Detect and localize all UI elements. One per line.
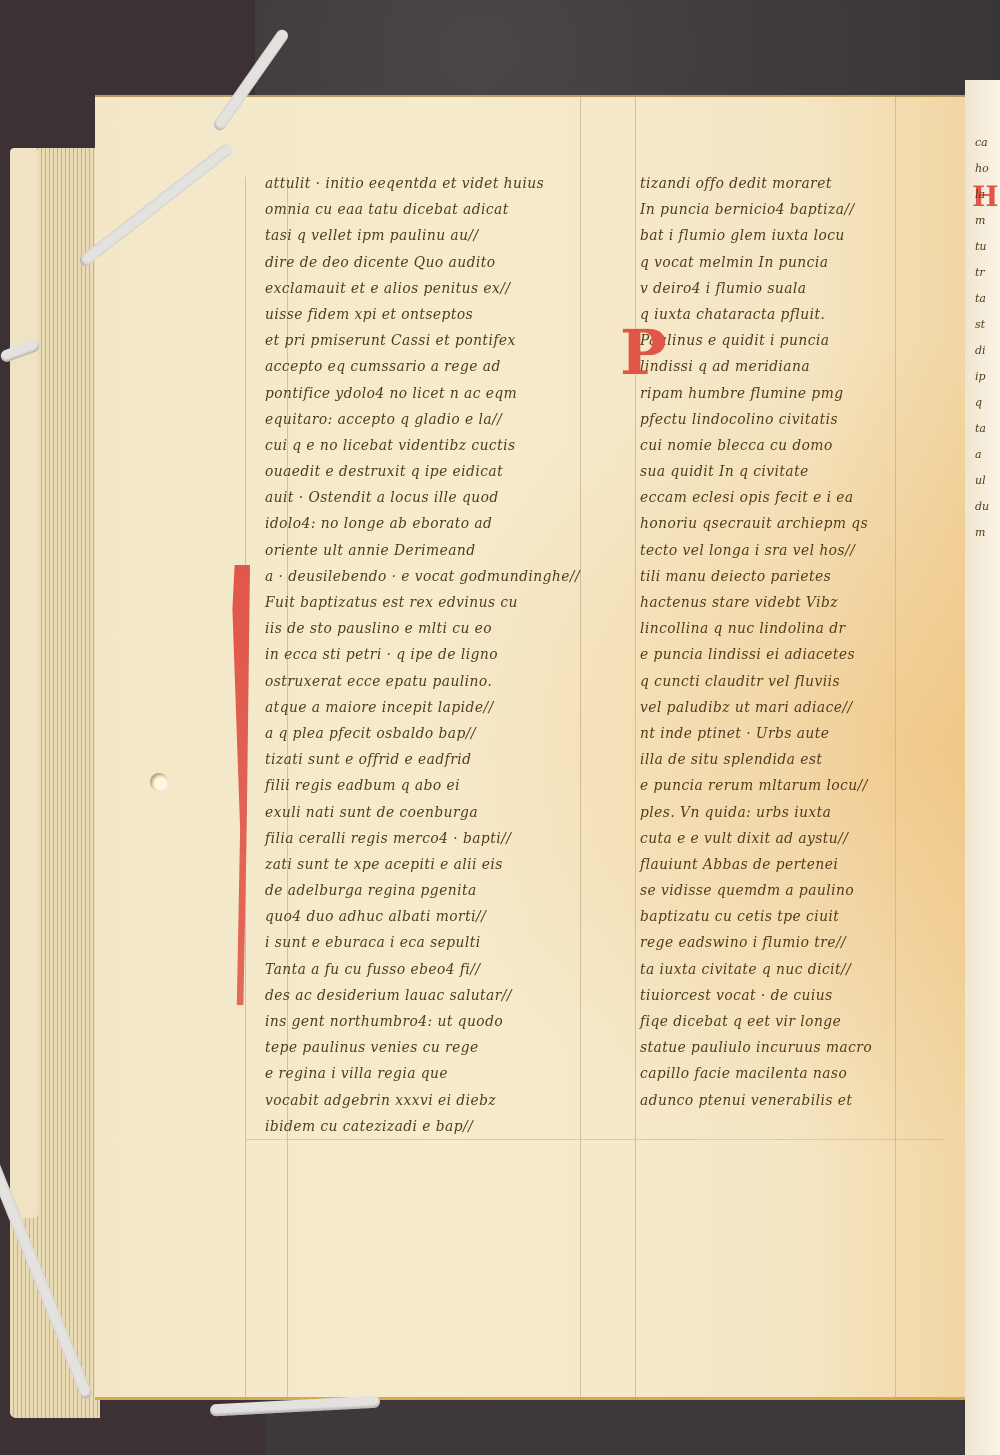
manuscript-line: Tanta a fu cu fusso ebeo4 fi// [265,956,587,982]
ruling-bottom [245,1139,945,1140]
facing-page-line: m [975,208,1000,234]
manuscript-line: tasi q vellet ipm paulinu au// [265,222,587,248]
manuscript-line: nt inde ptinet · Urbs aute [640,720,907,746]
manuscript-line: accepto eq cumssario a rege ad [265,353,587,379]
manuscript-line: des ac desiderium lauac salutar// [265,982,587,1008]
manuscript-line: vocabit adgebrin xxxvi ei diebz [265,1087,587,1113]
manuscript-line: cuta e e vult dixit ad aystu// [640,825,907,851]
manuscript-line: ostruxerat ecce epatu paulino. [265,668,587,694]
manuscript-line: lindissi q ad meridiana [640,353,907,379]
facing-page-line: ip [975,364,1000,390]
manuscript-line: pontifice ydolo4 no licet n ac eqm [265,380,587,406]
facing-page-line: ta [975,286,1000,312]
manuscript-line: lincollina q nuc lindolina dr [640,615,907,641]
manuscript-line: e puncia rerum mltarum locu// [640,772,907,798]
manuscript-line: ibidem cu catezizadi e bap// [265,1113,587,1139]
manuscript-line: in ecca sti petri · q ipe de ligno [265,641,587,667]
manuscript-line: flauiunt Abbas de pertenei [640,851,907,877]
manuscript-line: tizandi offo dedit moraret [640,170,907,196]
manuscript-line: rege eadswino i flumio tre// [640,929,907,955]
manuscript-line: ouaedit e destruxit q ipe eidicat [265,458,587,484]
manuscript-line: exclamauit et e alios penitus ex// [265,275,587,301]
facing-page-line: ca [975,130,1000,156]
manuscript-line: exuli nati sunt de coenburga [265,799,587,825]
manuscript-line: ta iuxta civitate q nuc dicit// [640,956,907,982]
manuscript-line: q cuncti clauditr vel fluviis [640,668,907,694]
manuscript-line: de adelburga regina pgenita [265,877,587,903]
manuscript-line: capillo facie macilenta naso [640,1060,907,1086]
manuscript-line: tili manu deiecto parietes [640,563,907,589]
rubricated-initial-P: P [620,322,667,384]
manuscript-line: filia ceralli regis merco4 · bapti// [265,825,587,851]
manuscript-line: tiuiorcest vocat · de cuius [640,982,907,1008]
manuscript-line: zati sunt te xpe acepiti e alii eis [265,851,587,877]
manuscript-line: q iuxta chataracta pfluit. [640,301,907,327]
manuscript-line: honoriu qsecrauit archiepm qs [640,510,907,536]
manuscript-line: auit · Ostendit a locus ille quod [265,484,587,510]
manuscript-line: hactenus stare videbt Vibz [640,589,907,615]
manuscript-line: e regina i villa regia que [265,1060,587,1086]
manuscript-line: se vidisse quemdm a paulino [640,877,907,903]
manuscript-line: q vocat melmin In puncia [640,249,907,275]
manuscript-line: eccam eclesi opis fecit e i ea [640,484,907,510]
facing-page-line: m [975,520,1000,546]
facing-page-line: ta [975,416,1000,442]
manuscript-line: statue pauliulo incuruus macro [640,1034,907,1060]
manuscript-line: equitaro: accepto q gladio e la// [265,406,587,432]
right-text-column: tizandi offo dedit moraretIn puncia bern… [640,170,930,1113]
facing-page-line: la [975,182,1000,208]
manuscript-line: tizati sunt e offrid e eadfrid [265,746,587,772]
manuscript-line: Fuit baptizatus est rex edvinus cu [265,589,587,615]
manuscript-line: tepe paulinus venies cu rege [265,1034,587,1060]
manuscript-line: adunco ptenui venerabilis et [640,1087,907,1113]
manuscript-line: uisse fidem xpi et ontseptos [265,301,587,327]
manuscript-line: illa de situ splendida est [640,746,907,772]
manuscript-line: ins gent northumbro4: ut quodo [265,1008,587,1034]
manuscript-line: a · deusilebendo · e vocat godmundinghe/… [265,563,587,589]
manuscript-line: et pri pmiserunt Cassi et pontifex [265,327,587,353]
left-text-column: attulit · initio eeqentda et videt huius… [265,170,615,1139]
manuscript-line: sua quidit In q civitate [640,458,907,484]
book-cover-edge [10,148,38,1218]
manuscript-line: v deiro4 i flumio suala [640,275,907,301]
facing-page-line: ho [975,156,1000,182]
manuscript-line: idolo4: no longe ab eborato ad [265,510,587,536]
manuscript-line: baptizatu cu cetis tpe ciuit [640,903,907,929]
ruling-right-col-start [635,97,636,1397]
manuscript-line: filii regis eadbum q abo ei [265,772,587,798]
facing-page-line: du [975,494,1000,520]
parchment-hole [150,773,168,791]
manuscript-line: ripam humbre flumine pmg [640,380,907,406]
manuscript-line: pfectu lindocolino civitatis [640,406,907,432]
manuscript-line: iis de sto pauslino e mlti cu eo [265,615,587,641]
facing-page-line: ul [975,468,1000,494]
manuscript-line: a q plea pfecit osbaldo bap// [265,720,587,746]
manuscript-line: tecto vel longa i sra vel hos// [640,537,907,563]
manuscript-line: vel paludibz ut mari adiace// [640,694,907,720]
manuscript-line: i sunt e eburaca i eca sepulti [265,929,587,955]
manuscript-line: cui nomie blecca cu domo [640,432,907,458]
manuscript-line: oriente ult annie Derimeand [265,537,587,563]
manuscript-line: e puncia lindissi ei adiacetes [640,641,907,667]
manuscript-line: quo4 duo adhuc albati morti// [265,903,587,929]
facing-page-line: q [975,390,1000,416]
facing-page-line: st [975,312,1000,338]
manuscript-line: bat i flumio glem iuxta locu [640,222,907,248]
manuscript-line: In puncia bernicio4 baptiza// [640,196,907,222]
manuscript-line: fiqe dicebat q eet vir longe [640,1008,907,1034]
manuscript-line: dire de deo dicente Quo audito [265,249,587,275]
facing-page-line: di [975,338,1000,364]
manuscript-line: Paulinus e quidit i puncia [640,327,907,353]
manuscript-line: omnia cu eaa tatu dicebat adicat [265,196,587,222]
facing-page-line: a [975,442,1000,468]
manuscript-line: attulit · initio eeqentda et videt huius [265,170,587,196]
manuscript-line: cui q e no licebat videntibz cuctis [265,432,587,458]
facing-page-line: tr [975,260,1000,286]
facing-page-text: caholamtutrtastdiipqtaauldum [975,130,1000,546]
facing-page-line: tu [975,234,1000,260]
manuscript-line: atque a maiore incepit lapide// [265,694,587,720]
manuscript-line: ples. Vn quida: urbs iuxta [640,799,907,825]
